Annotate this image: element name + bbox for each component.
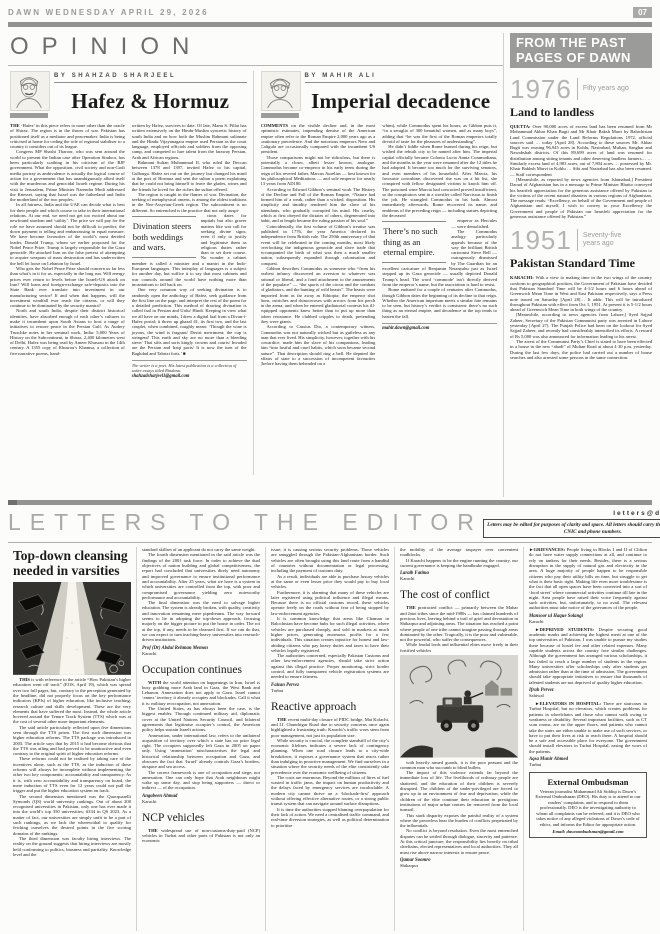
paragraph: Annexation, under international law, ref…: [142, 733, 260, 770]
paragraph: While feudal lords and influential elite…: [400, 642, 518, 653]
year-label: 1951: [510, 227, 572, 253]
lead-word: WITH: [148, 680, 163, 685]
paragraph: Bahmani Sultan Muhammad II, who ruled th…: [132, 160, 247, 192]
brief-label: ►GRIEVANCES:: [529, 547, 567, 552]
paragraph: issue; it is causing serious security pr…: [271, 547, 389, 573]
paragraph: The second dimension mentioned was the Q…: [13, 794, 131, 836]
letters-policy-note: Letters may be edited for purposes of cl…: [483, 519, 660, 538]
byline: BY SHAHZAD SHARJEEL: [54, 71, 247, 83]
ombudsman-box: External OmbudsmanVeteran journalist Muh…: [529, 772, 647, 839]
section-title: OPINION: [10, 33, 503, 61]
paragraph: THE recent multi-day closure of PIDC bri…: [271, 717, 389, 738]
lead-word: THE: [148, 828, 161, 833]
letter-signature: Mansoor ul Haque SolangiKarachi: [529, 614, 647, 624]
letters-thin-rule: [8, 542, 652, 543]
year-label: 1976: [510, 76, 572, 102]
article-column: whim), while Commodus spent his hours, a…: [382, 123, 497, 475]
author-email[interactable]: shahzadsharjeel1@gmail.com: [132, 374, 247, 379]
article-headline: Hafez & Hormuz: [54, 89, 247, 114]
article-header: BY SHAHZAD SHARJEEL Hafez & Hormuz: [10, 71, 247, 118]
letter-signature: Qamar SoomroShikarpur: [400, 858, 518, 868]
letters-column-4: the mobility of the average taxpayer ove…: [394, 547, 523, 931]
paragraph: The said article particularly reflected …: [13, 725, 131, 757]
past-entry-heading: Land to landless: [510, 105, 652, 120]
letters-title: LETTERS TO THE EDITOR: [8, 509, 483, 536]
newspaper-page: DAWN WEDNESDAY APRIL 29, 2026 07 OPINION…: [0, 0, 660, 934]
paragraph: This stark disparity exposes the painful…: [400, 813, 518, 829]
paragraph: COMMENTS on the visible decline and, in …: [261, 123, 376, 155]
article-imperial-decadence: BY MAHIR ALI Imperial decadence COMMENTS…: [253, 71, 504, 475]
paragraph: THIS is with reference to the article “H…: [13, 677, 131, 725]
pull-quote: Divination steers both weddings and wars…: [132, 216, 196, 258]
paragraph: The correct framework is one of occupati…: [142, 770, 260, 791]
years-ago-label: Seventy-five years ago: [583, 232, 629, 248]
paragraph: whim), while Commodus spent his hours, a…: [382, 123, 497, 144]
paragraph: WITH the world attention on happenings i…: [142, 680, 260, 706]
brief-label: ►DEPRIVED STUDENTS:: [535, 627, 599, 632]
paragraph: The arrest of the Communist Party’s Chie…: [510, 339, 652, 360]
ombudsman-title: External Ombudsman: [535, 777, 641, 787]
varsities-illustration: [13, 582, 131, 675]
ombudsman-email[interactable]: Email: dawnombudsman@gmail.com: [535, 829, 641, 834]
conflict-illustration: [400, 655, 518, 758]
author-bio: The writer is a poet. His latest publica…: [132, 363, 247, 373]
letter-signature: Aqsa Munir AhmedTurbat: [529, 757, 647, 767]
paragraph: One very common way of seeking divinatio…: [132, 287, 247, 356]
past-pages-title-line2: PAGES OF DAWN: [516, 51, 646, 66]
paragraph: The costs are enormous. Beyond the milli…: [271, 775, 389, 807]
signature-city: Turbat: [529, 762, 647, 767]
author-portrait-shahzad-sharjeel: [10, 71, 48, 118]
article-header: BY MAHIR ALI Imperial decadence: [261, 71, 498, 118]
paragraph: According to Cassius Dio, a contemporary…: [261, 324, 376, 366]
paragraph: The fourth dimension mentioned in the sa…: [142, 552, 260, 600]
paragraph: North and south India, despite their dis…: [10, 308, 125, 356]
paragraph: It is time the authorities stopped blami…: [271, 807, 389, 828]
article-headline: Imperial decadence: [305, 89, 498, 114]
paragraph: Gibbon describes Commodus as someone who…: [261, 266, 376, 324]
letter-heading: Occupation continues: [142, 664, 260, 676]
paragraph: If Karachi happens to be the engine runn…: [400, 558, 518, 569]
author-email[interactable]: mahir.dawn@gmail.com: [382, 326, 497, 331]
paragraph: KARACHI: With a view to making time in t…: [510, 275, 652, 312]
lead-word: THE: [406, 605, 418, 610]
paragraph: Coincidentally, the first volume of Gibb…: [261, 224, 376, 266]
paragraph: According to Edward Gibbon’s seminal wor…: [261, 187, 376, 224]
letters-column-3: issue; it is causing serious security pr…: [265, 547, 394, 931]
paragraph: The authorities concerned, especially Pa…: [271, 653, 389, 679]
lead-word: COMMENTS: [261, 123, 292, 128]
paragraph: The third dimension was faculty hiring i…: [13, 836, 131, 857]
signature-city: Karachi: [400, 576, 518, 581]
years-ago-label: Fifty years ago: [583, 85, 629, 93]
paragraph: The impact of this violence extends far …: [400, 770, 518, 812]
paragraph: The region is caught in the flames of wa…: [132, 192, 247, 213]
letter-signature: Prof (Dr) Abdul Rehman MemonKarachi: [142, 646, 260, 656]
paragraph: Those comparisons might not be ridiculou…: [261, 155, 376, 187]
rule-cap: [8, 500, 17, 505]
paragraph: These reforms could not be realised by t…: [13, 756, 131, 793]
year-divider: [577, 229, 578, 251]
letters-column-1: Top-down cleansing needed in varsities T…: [8, 547, 136, 931]
paragraph: While security is crucial, the complete …: [271, 738, 389, 775]
paragraph: Congress MP Shashi Tharoor, who was sent…: [10, 149, 125, 202]
paragraph: [Meanwhile, as reported by news agencies…: [510, 177, 652, 219]
letter-headline: Top-down cleansing needed in varsities: [13, 549, 131, 578]
past-entry-heading: Pakistan Standard Time: [510, 256, 652, 271]
paragraph: the mobility of the average taxpayer ove…: [400, 547, 518, 558]
paragraph: As a result, individuals are able to pur…: [271, 574, 389, 590]
letter-signature: Faizan PervezTurbat: [271, 683, 389, 693]
letters-email[interactable]: letters@dawn.com: [483, 510, 660, 517]
byline: BY MAHIR ALI: [305, 71, 498, 83]
paragraph: He didn’t fiddle when Rome burned during…: [382, 144, 497, 218]
signature-city: Sahiwal: [529, 693, 647, 698]
letter-signature: Angabeen AhmadKarachi: [142, 794, 260, 804]
article-end-rule: [382, 323, 497, 324]
letter-brief: ►DEPRIVED STUDENTS: Despite securing goo…: [529, 627, 647, 685]
author-portrait-sketch-icon: [10, 71, 50, 111]
paragraph: No conflict is beyond resolution. Even t…: [400, 828, 518, 854]
past-entry-1951: 1951 Seventy-five years ago Pakistan Sta…: [510, 227, 652, 360]
paragraph: Furthermore, it is alarming that many of…: [271, 590, 389, 616]
paragraph: In all fairness, India and the UAE can d…: [10, 202, 125, 266]
article-hafez-hormuz: BY SHAHZAD SHARJEEL Hafez & Hormuz THE ‘…: [8, 71, 253, 475]
paragraph: written by Hafez, survives to date. Of l…: [132, 123, 247, 160]
paragraph: [Meanwhile, according to news agencies f…: [510, 312, 652, 338]
article-column: THE ‘Hafez’ in this piece refers to none…: [10, 123, 125, 475]
paragraph: Rome endured for a couple of centuries a…: [382, 287, 497, 319]
paragraph: The final dimension was the need to salv…: [142, 600, 260, 642]
letter-signature: Laraib FatimaKarachi: [400, 571, 518, 581]
letters-section-rule: [8, 500, 652, 505]
letters-column-2: standard skillset of an applicant do not…: [136, 547, 265, 931]
paragraph: It is common knowledge that areas like C…: [271, 616, 389, 653]
lead-word: THIS: [19, 677, 31, 682]
ombudsman-text: Veteran journalist Muhammad Ali Siddiqi …: [535, 789, 641, 828]
author-portrait-mahir-ali: [261, 71, 299, 118]
letter-brief: ►GRIEVANCES: People living in Blocks I a…: [529, 547, 647, 611]
portrait-caption-bar: [261, 113, 299, 118]
section-rule: [8, 65, 503, 66]
signature-city: Shikarpur: [400, 863, 518, 868]
paragraph: The United States, as has always been th…: [142, 706, 260, 732]
lead-word: KARACHI:: [510, 275, 535, 280]
letter-signature: Ifrah PervezSahiwal: [529, 688, 647, 698]
letter-heading: The cost of conflict: [400, 589, 518, 601]
article-column: written by Hafez, survives to date. Of l…: [132, 123, 247, 475]
letter-brief: ►ELEVATORS IN HOSPITAL: There are stairc…: [529, 701, 647, 754]
paragraph: THE protracted conflict — primarily betw…: [400, 605, 518, 642]
past-pages-title-line1: FROM THE PAST: [516, 36, 646, 51]
paragraph: Who gets the Nobel Peace Prize should co…: [10, 266, 125, 308]
opinion-main: OPINION BY SHAHZAD SHARJEEL Hafez & Horm…: [8, 27, 503, 497]
lead-word: QUETTA:: [510, 124, 533, 129]
article-end-rule: [132, 360, 247, 361]
masthead: DAWN WEDNESDAY APRIL 29, 2026 07: [8, 0, 652, 18]
letters-column-5: ►GRIEVANCES: People living in Blocks I a…: [523, 547, 652, 931]
paragraph: THE widespread use of non-customs-duty-p…: [142, 828, 260, 844]
letter-heading: Reactive approach: [271, 701, 389, 713]
letters-header: LETTERS TO THE EDITOR letters@dawn.com L…: [8, 509, 652, 538]
dateline: DAWN WEDNESDAY APRIL 29, 2026: [8, 8, 209, 17]
signature-city: Karachi: [142, 799, 260, 804]
article-column: COMMENTS on the visible decline and, in …: [261, 123, 376, 475]
past-pages-title: FROM THE PAST PAGES OF DAWN: [510, 33, 652, 68]
paragraph: with heavily armed guards, it is the poo…: [400, 760, 518, 771]
brief-label: ►ELEVATORS IN HOSPITAL:: [535, 701, 603, 706]
letters-columns: Top-down cleansing needed in varsities T…: [8, 547, 652, 931]
signature-city: Karachi: [142, 651, 260, 656]
letter-heading: NCP vehicles: [142, 812, 260, 824]
lead-word: THE: [10, 123, 21, 128]
pull-quote: There’s no such thing as an eternal empi…: [382, 221, 446, 263]
year-divider: [577, 78, 578, 100]
lead-word: THE: [277, 717, 288, 722]
page-number: 07: [633, 7, 652, 18]
portrait-caption-bar: [10, 113, 48, 118]
from-the-past-pages-sidebar: FROM THE PAST PAGES OF DAWN 1976 Fifty y…: [503, 33, 652, 497]
signature-city: Karachi: [529, 619, 647, 624]
paragraph: THE ‘Hafez’ in this piece refers to none…: [10, 123, 125, 149]
paragraph: QUETTA: Over 90,000 acres of excess land…: [510, 124, 652, 177]
opinion-section: OPINION BY SHAHZAD SHARJEEL Hafez & Horm…: [8, 27, 652, 497]
signature-city: Turbat: [271, 688, 389, 693]
author-portrait-sketch-icon: [261, 71, 301, 111]
past-entry-1976: 1976 Fifty years ago Land to landless QU…: [510, 76, 652, 219]
